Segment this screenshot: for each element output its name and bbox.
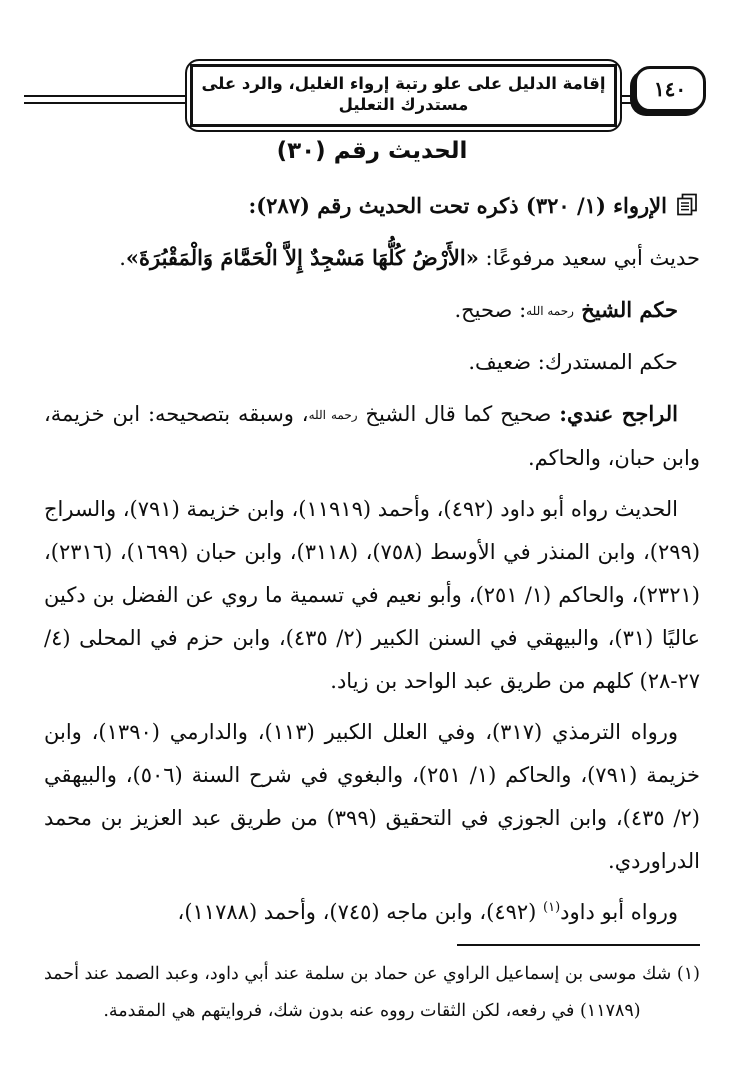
text-segment: الإرواء (١/ ٣٢٠) ذكره تحت الحديث رقم (٢٨… xyxy=(248,193,667,218)
text-segment: رحمه الله xyxy=(309,408,358,422)
hadith-number-heading: الحديث رقم (٣٠) xyxy=(44,138,700,164)
text-segment: . xyxy=(119,246,126,270)
text-segment: الحديث رواه أبو داود (٤٩٢)، وأحمد (١١٩١٩… xyxy=(44,497,700,693)
text-segment: ورواه أبو داود xyxy=(560,900,678,924)
page-number: ١٤٠ xyxy=(654,77,686,101)
text-segment: حديث أبي سعيد مرفوعًا: xyxy=(479,246,700,270)
author-verdict: الراجح عندي: صحيح كما قال الشيخ رحمه الل… xyxy=(44,392,700,480)
footnote-divider-line xyxy=(457,944,700,946)
takhrij-1: الحديث رواه أبو داود (٤٩٢)، وأحمد (١١٩١٩… xyxy=(44,488,700,703)
book-title: إقامة الدليل على علو رتبة إرواء الغليل، … xyxy=(190,64,617,127)
book-page: إقامة الدليل على علو رتبة إرواء الغليل، … xyxy=(0,0,744,1089)
text-segment: (١) xyxy=(543,900,560,915)
hadith-text: حديث أبي سعيد مرفوعًا: «الأَرْضُ كُلُّهَ… xyxy=(44,236,700,280)
text-segment: حكم الشيخ xyxy=(574,297,678,322)
text-segment: ورواه الترمذي (٣١٧)، وفي العلل الكبير (١… xyxy=(44,720,700,873)
page-number-badge: ١٤٠ xyxy=(634,66,706,112)
text-segment: (٤٩٢)، وابن ماجه (٧٤٥)، وأحمد (١١٧٨٨)، xyxy=(178,900,543,924)
running-title-box: إقامة الدليل على علو رتبة إرواء الغليل، … xyxy=(185,59,622,132)
takhrij-2: ورواه الترمذي (٣١٧)، وفي العلل الكبير (١… xyxy=(44,711,700,883)
mustadrak-ruling: حكم المستدرك: ضعيف. xyxy=(44,341,700,384)
footnote-text: (١) شك موسى بن إسماعيل الراوي عن حماد بن… xyxy=(44,956,700,1030)
footnote-section: (١) شك موسى بن إسماعيل الراوي عن حماد بن… xyxy=(44,944,700,1030)
text-segment: حكم المستدرك: ضعيف. xyxy=(468,350,678,374)
sheikh-ruling: حكم الشيخ رحمه الله: صحيح. xyxy=(44,288,700,333)
body-paragraphs: الإرواء (١/ ٣٢٠) ذكره تحت الحديث رقم (٢٨… xyxy=(44,184,700,934)
takhrij-3: ورواه أبو داود(١) (٤٩٢)، وابن ماجه (٧٤٥)… xyxy=(44,891,700,934)
text-segment: رحمه الله xyxy=(526,304,574,318)
source-line: الإرواء (١/ ٣٢٠) ذكره تحت الحديث رقم (٢٨… xyxy=(44,184,700,228)
text-segment: : صحيح. xyxy=(454,298,526,322)
text-segment: «الأَرْضُ كُلُّهَا مَسْجِدٌ إِلاَّ الْحَ… xyxy=(126,245,479,270)
text-segment: صحيح كما قال الشيخ xyxy=(358,402,560,426)
page-body: الحديث رقم (٣٠) الإرواء (١/ ٣٢٠) ذكره تح… xyxy=(44,138,700,942)
text-segment: الراجح عندي: xyxy=(559,401,678,426)
pages-icon xyxy=(674,190,700,216)
